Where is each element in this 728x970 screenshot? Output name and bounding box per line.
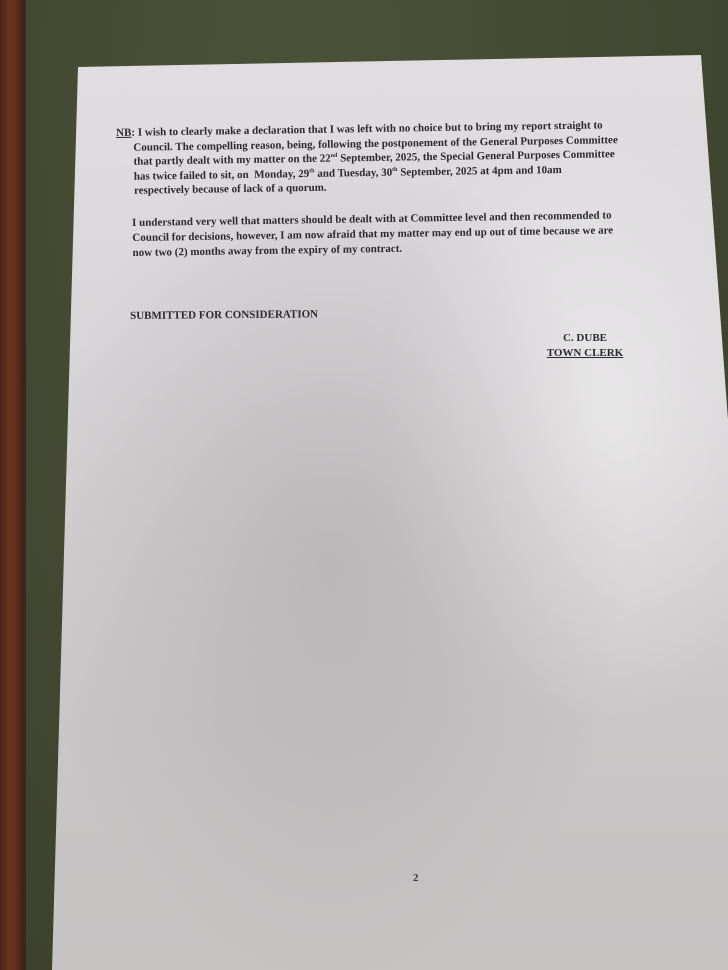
contract-expiry-paragraph: I understand very well that matters shou…: [132, 208, 653, 261]
nb-text: has twice failed to sit, on Monday, 29: [134, 167, 310, 182]
document-content: NB: I wish to clearly make a declaration…: [0, 0, 728, 970]
nb-label: NB: [116, 127, 131, 139]
nb-declaration-paragraph: NB: I wish to clearly make a declaration…: [116, 118, 647, 199]
nb-text: respectively because of lack of a quorum…: [134, 182, 327, 197]
page-number: 2: [413, 871, 419, 885]
signatory-title: TOWN CLERK: [540, 346, 630, 361]
nb-text: September, 2025 at 4pm and 10am: [397, 164, 561, 179]
signature-block: C. DUBE TOWN CLERK: [540, 331, 630, 361]
nb-text: that partly dealt with my matter on the …: [133, 153, 330, 168]
nb-text: and Tuesday, 30: [314, 166, 392, 179]
submitted-for-consideration: SUBMITTED FOR CONSIDERATION: [130, 307, 318, 323]
signatory-name: C. DUBE: [540, 331, 630, 346]
